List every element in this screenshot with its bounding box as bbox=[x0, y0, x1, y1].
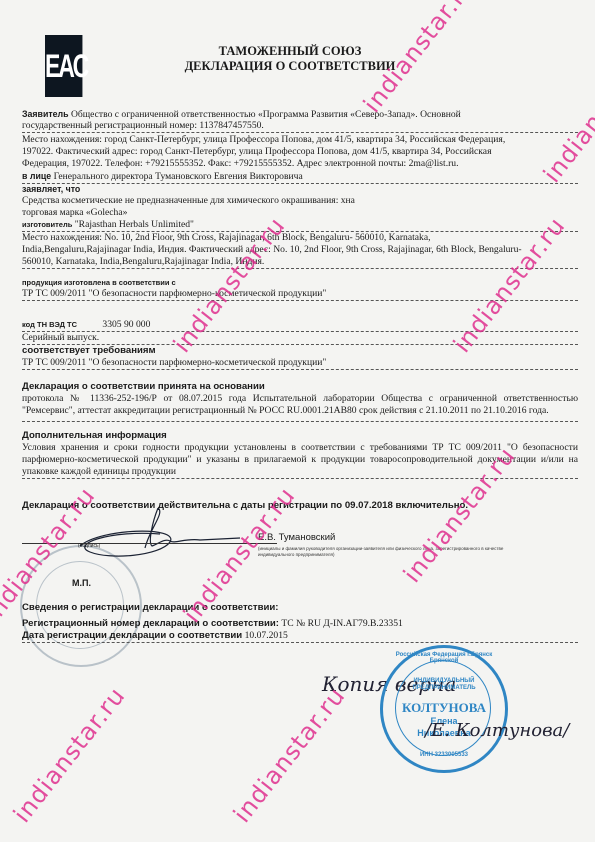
declaration-page: EAC ТАМОЖЕННЫЙ СОЮЗ ДЕКЛАРАЦИЯ О СООТВЕТ… bbox=[0, 0, 595, 842]
basis-label: Декларация о соответствии принята на осн… bbox=[22, 381, 578, 393]
registration-date-value: 10.07.2015 bbox=[245, 630, 288, 641]
manufacturer-address-2: India,Bengaluru,Rajajinagar India, Индия… bbox=[22, 244, 578, 256]
seal-label: М.П. bbox=[72, 578, 91, 588]
registration-number: Регистрационный номер декларации о соотв… bbox=[22, 618, 578, 630]
additional-label: Дополнительная информация bbox=[22, 430, 578, 442]
signature-line bbox=[22, 543, 277, 544]
complies-label: соответствует требованиям bbox=[22, 345, 578, 357]
applicant-name: Общество с ограниченной ответственностью… bbox=[71, 109, 461, 120]
applicant-ogrn: государственный регистрационный номер: 1… bbox=[22, 120, 578, 133]
registration-date-label: Дата регистрации декларации о соответств… bbox=[22, 630, 242, 641]
product-description: Средства косметические не предназначенны… bbox=[22, 195, 578, 207]
applicant-address-1: Место нахождения: город Санкт-Петербург,… bbox=[22, 134, 578, 146]
certified-copy-signature: /Е. Колтунова/ bbox=[425, 720, 569, 741]
produced-per-value: ТР ТС 009/2011 "О безопасности парфюмерн… bbox=[22, 288, 578, 301]
stamp-top-text: Российская Федерация г.Брянск Брянской bbox=[383, 652, 505, 664]
manufacturer-label: изготовитель bbox=[22, 220, 72, 229]
represented-value: Генерального директора Тумановского Евге… bbox=[54, 171, 303, 182]
applicant-address-3: Федерация, 197022. Телефон: +79215555352… bbox=[22, 158, 578, 170]
title-line-2: ДЕКЛАРАЦИЯ О СООТВЕТСТВИИ bbox=[140, 59, 440, 74]
registration-number-label: Регистрационный номер декларации о соотв… bbox=[22, 618, 279, 629]
registration-date: Дата регистрации декларации о соответств… bbox=[22, 630, 578, 643]
watermark: indianstar.ru bbox=[8, 682, 131, 828]
applicant-signature bbox=[40, 508, 270, 568]
represented-label: в лице bbox=[22, 171, 51, 181]
manufacturer: изготовитель "Rajasthan Herbals Unlimite… bbox=[22, 219, 578, 232]
signer-name: Е.В. Тумановский bbox=[258, 532, 335, 543]
additional-text: Условия хранения и сроки годности продук… bbox=[22, 442, 578, 479]
declares-label: заявляет, что bbox=[22, 183, 578, 195]
code-value: 3305 90 000 bbox=[102, 319, 150, 330]
registration-heading: Сведения о регистрации декларации о соот… bbox=[22, 602, 578, 614]
serial-release: Серийный выпуск. bbox=[22, 332, 578, 345]
product-brand: торговая марка «Golecha» bbox=[22, 207, 578, 219]
document-title: ТАМОЖЕННЫЙ СОЮЗ ДЕКЛАРАЦИЯ О СООТВЕТСТВИ… bbox=[140, 44, 440, 74]
signature-caption: (подпись) bbox=[78, 543, 100, 549]
notary-stamp: Российская Федерация г.Брянск Брянской И… bbox=[380, 645, 508, 773]
manufacturer-address-1: Место нахождения: No. 10, 2nd Floor, 9th… bbox=[22, 232, 578, 244]
watermark: indianstar.ru bbox=[228, 682, 351, 828]
manufacturer-address-3: 560010, Karnataka, India,Bengaluru,Rajaj… bbox=[22, 256, 578, 269]
complies-value: ТР ТС 009/2011 "О безопасности парфюмерн… bbox=[22, 357, 578, 370]
signer-note: (инициалы и фамилия руководителя организ… bbox=[258, 546, 538, 558]
stamp-type: ИНДИВИДУАЛЬНЫЙ ПРЕДПРИНИМАТЕЛЬ bbox=[383, 678, 505, 692]
manufacturer-name: "Rajasthan Herbals Unlimited" bbox=[75, 219, 194, 230]
stamp-inn: ИНН 3233005533 bbox=[383, 752, 505, 758]
stamp-surname: КОЛТУНОВА bbox=[383, 700, 505, 716]
tn-ved-code: код ТН ВЭД ТС 3305 90 000 bbox=[22, 319, 578, 332]
applicant-address-2: 197022. Фактический адрес: город Санкт-П… bbox=[22, 146, 578, 158]
basis-text: протокола № 11336-252-196/Р от 08.07.201… bbox=[22, 393, 578, 422]
eac-logo: EAC bbox=[45, 35, 82, 97]
applicant-label: Заявитель bbox=[22, 109, 69, 119]
code-label: код ТН ВЭД ТС bbox=[22, 319, 100, 331]
title-line-1: ТАМОЖЕННЫЙ СОЮЗ bbox=[140, 44, 440, 59]
registration-number-value: ТС № RU Д-IN.АГ79.В.23351 bbox=[281, 618, 402, 629]
applicant-representative: в лице Генерального директора Тумановско… bbox=[22, 170, 578, 184]
